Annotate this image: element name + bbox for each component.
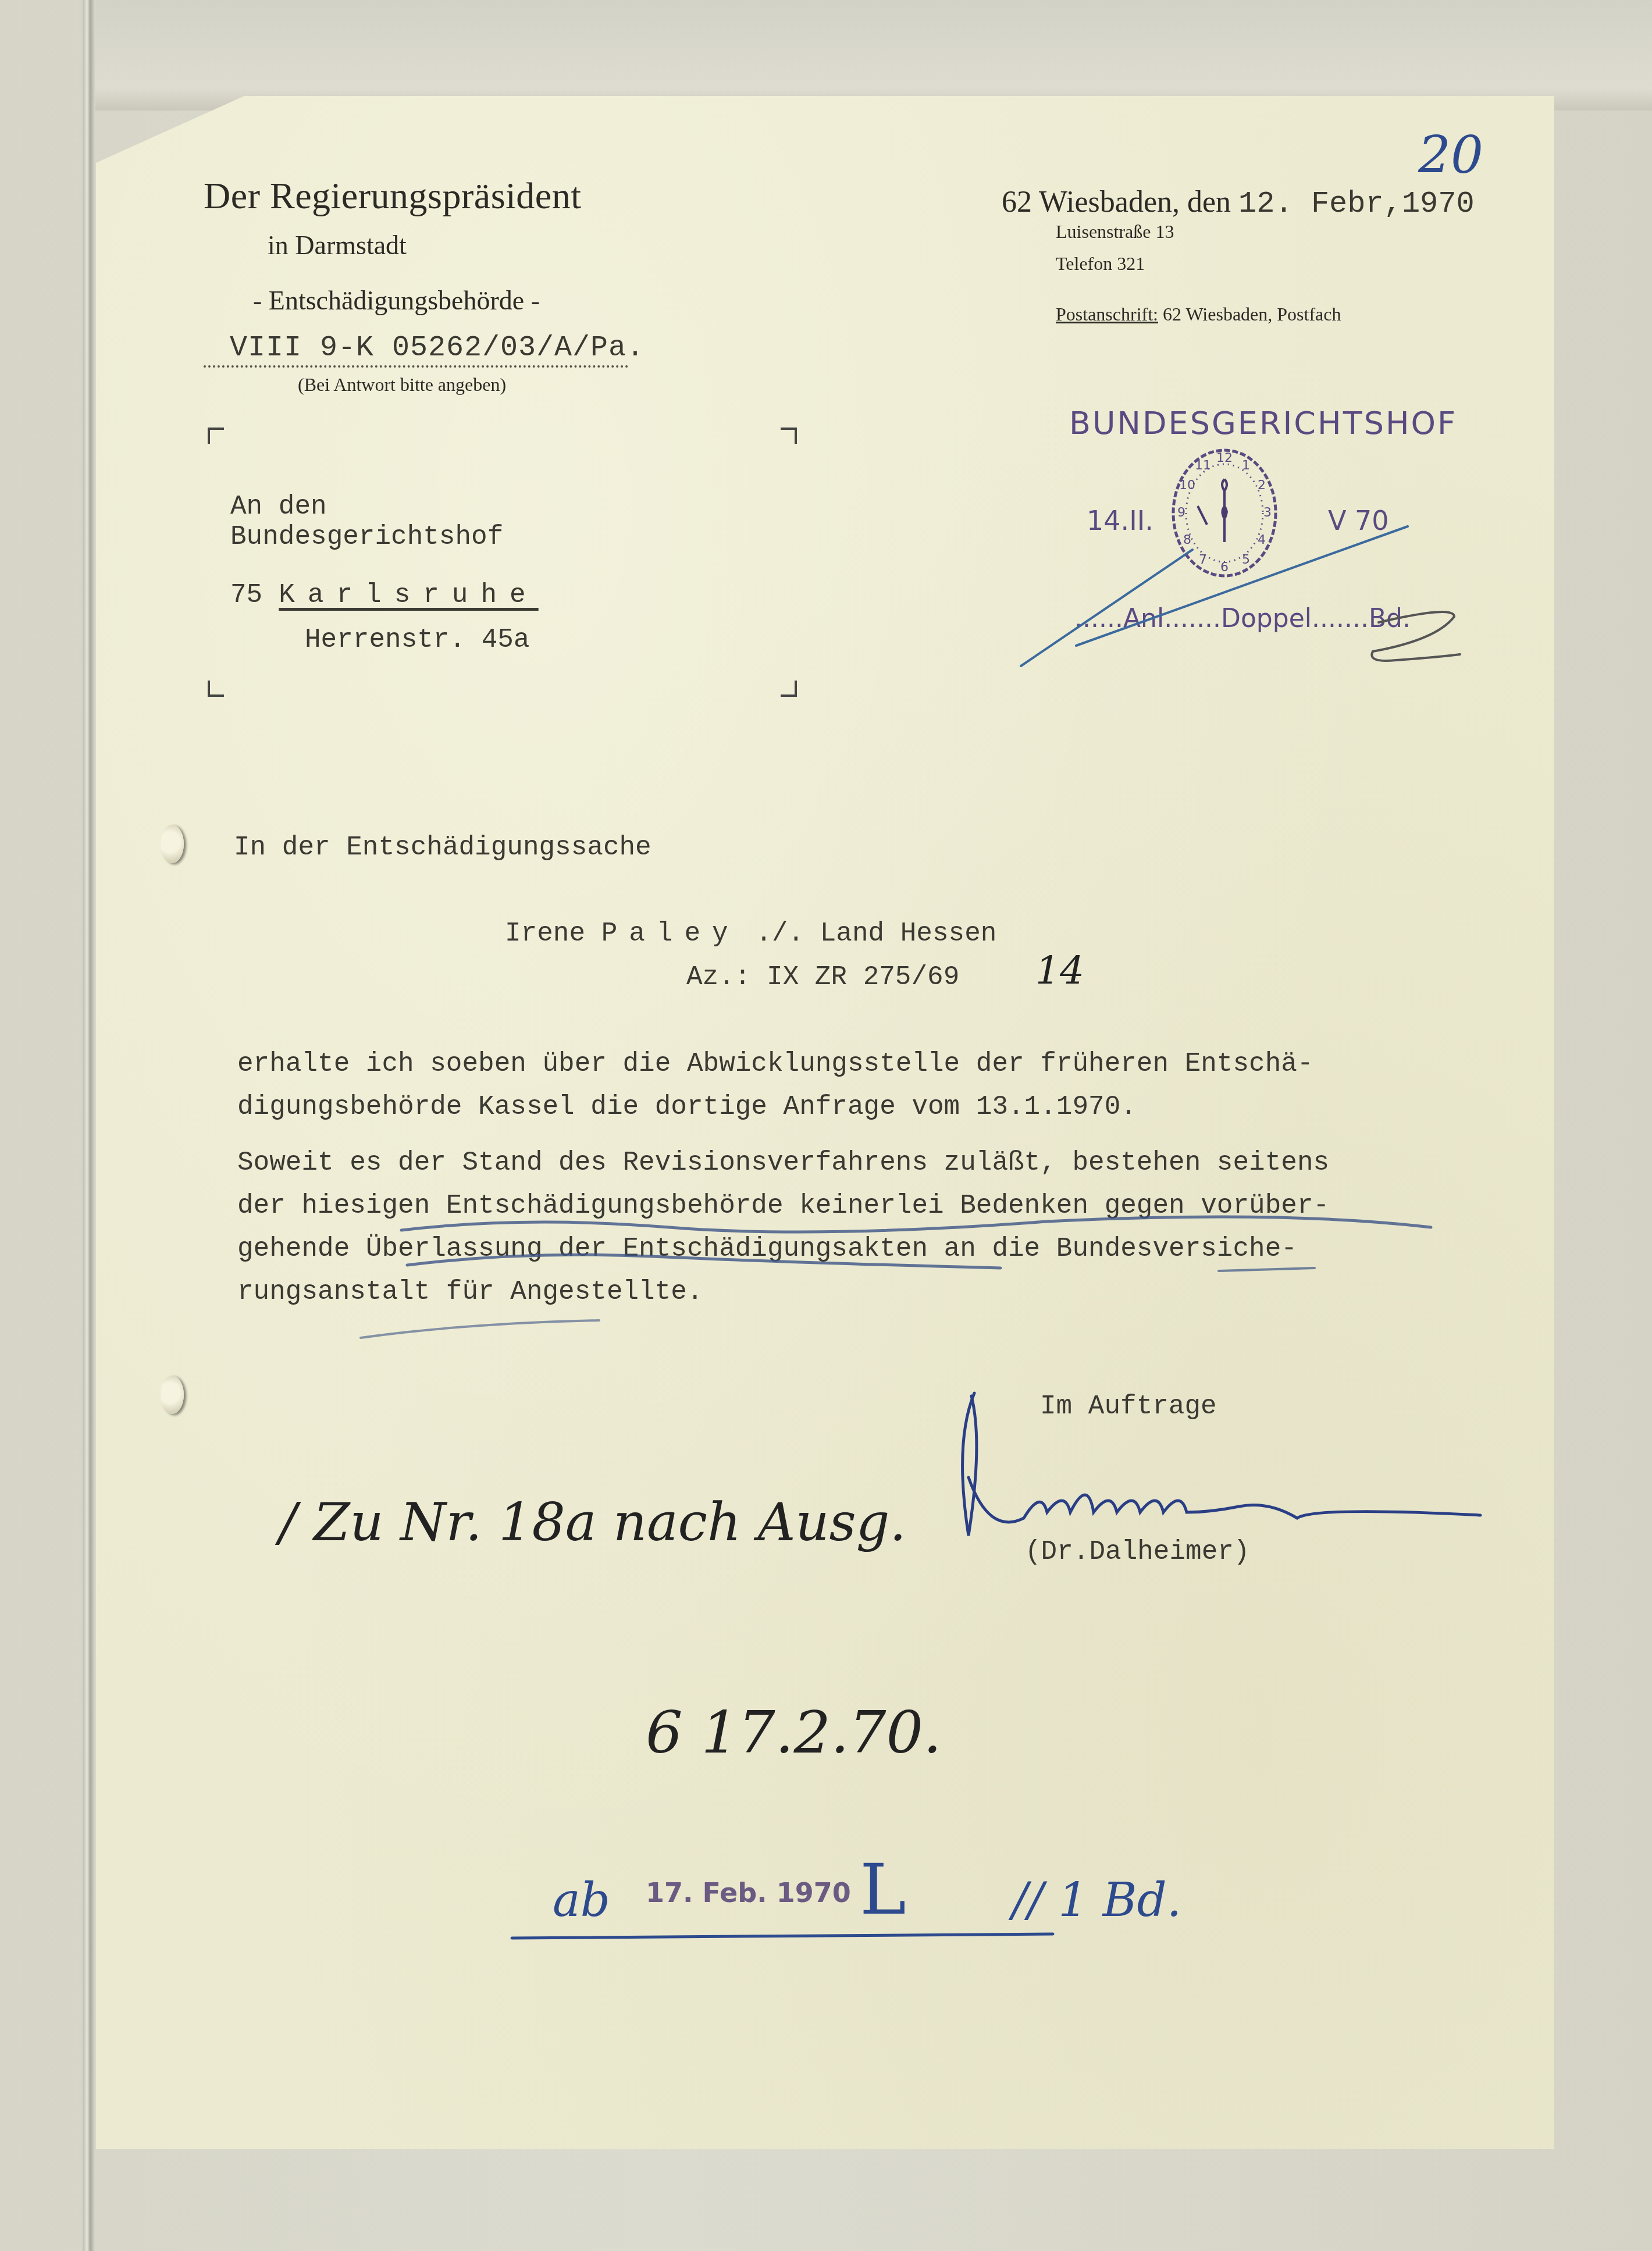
- dispatch-underline-icon: [512, 1934, 1053, 1938]
- underline-stroke-icon: [1219, 1268, 1315, 1271]
- underline-stroke-icon: [361, 1320, 599, 1338]
- stamp-strike-line-icon: [1021, 526, 1408, 666]
- signature-icon: [963, 1393, 1480, 1536]
- stamp-initial-loop-icon: [1372, 612, 1460, 661]
- pen-strokes-overlay: [0, 0, 1652, 2251]
- underline-stroke-icon: [407, 1255, 1001, 1268]
- underline-stroke-icon: [401, 1217, 1431, 1232]
